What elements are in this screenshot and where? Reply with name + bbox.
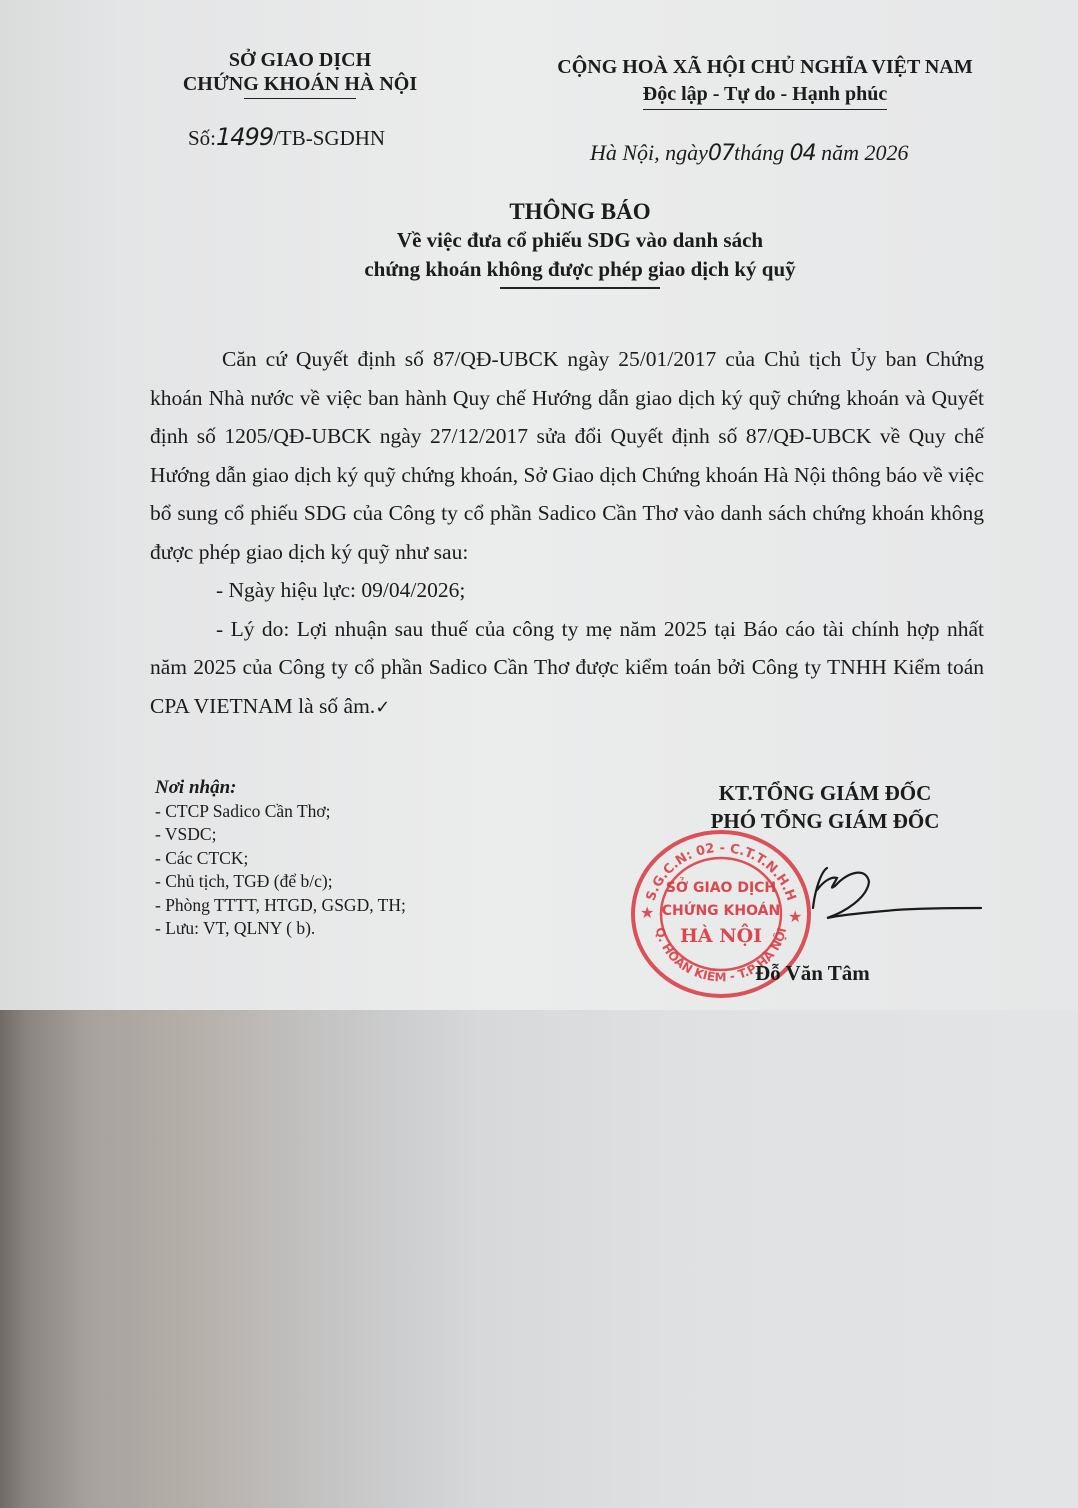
document-title: THÔNG BÁO Về việc đưa cổ phiếu SDG vào d… (300, 198, 860, 289)
place-date: Hà Nội, ngày07tháng 04 năm 2026 (590, 140, 908, 166)
svg-text:HÀ NỘI: HÀ NỘI (680, 923, 762, 947)
recipient-item: - Lưu: VT, QLNY ( b). (155, 917, 406, 941)
svg-text:CHỨNG KHOÁN: CHỨNG KHOÁN (662, 901, 780, 919)
recipient-item: - Chủ tịch, TGĐ (để b/c); (155, 870, 406, 894)
national-header: CỘNG HOÀ XÃ HỘI CHỦ NGHĨA VIỆT NAM Độc l… (535, 54, 995, 110)
doc-number-prefix: Số: (188, 126, 216, 150)
check-mark-icon: ✓ (375, 697, 390, 718)
doc-number-suffix: /TB-SGDHN (273, 126, 385, 150)
national-title: CỘNG HOÀ XÃ HỘI CHỦ NGHĨA VIỆT NAM (535, 54, 995, 81)
svg-text:★: ★ (640, 905, 654, 922)
svg-text:SỞ GIAO DỊCH: SỞ GIAO DỊCH (666, 877, 776, 896)
title-subject-line2: chứng khoán không được phép giao dịch ký… (300, 255, 860, 284)
signature-title-line1: KT.TỔNG GIÁM ĐỐC (690, 779, 960, 807)
title-subject-line1: Về việc đưa cổ phiếu SDG vào danh sách (300, 226, 860, 255)
title-underline (500, 287, 660, 289)
bullet-reason-text: - Lý do: Lợi nhuận sau thuế của công ty … (150, 617, 984, 718)
recipient-item: - Các CTCK; (155, 847, 406, 871)
issuer-line2: CHỨNG KHOÁN HÀ NỘI (150, 72, 450, 96)
doc-number-handwritten: 1499 (216, 123, 273, 151)
handwritten-day: 07 (708, 141, 734, 166)
document-body: Căn cứ Quyết định số 87/QĐ-UBCK ngày 25/… (150, 340, 984, 727)
issuer-line1: SỞ GIAO DỊCH (150, 48, 450, 72)
bullet-effective-date: - Ngày hiệu lực: 09/04/2026; (150, 571, 984, 610)
svg-text:★: ★ (788, 909, 802, 926)
issuer-header: SỞ GIAO DỊCH CHỨNG KHOÁN HÀ NỘI (150, 48, 450, 99)
document-number: Số:1499/TB-SGDHN (188, 123, 385, 151)
month-label: tháng (734, 140, 784, 165)
body-paragraph: Căn cứ Quyết định số 87/QĐ-UBCK ngày 25/… (150, 340, 984, 571)
national-motto: Độc lập - Tự do - Hạnh phúc (643, 81, 887, 110)
bullet-reason: - Lý do: Lợi nhuận sau thuế của công ty … (150, 610, 984, 728)
recipients-label: Nơi nhận: (155, 776, 406, 800)
handwritten-month: 04 (790, 141, 816, 166)
handwritten-signature-icon (805, 860, 985, 930)
place-date-prefix: Hà Nội, ngày (590, 140, 708, 165)
recipient-item: - VSDC; (155, 823, 406, 847)
signer-name: Đỗ Văn Tâm (755, 961, 870, 986)
issuer-underline (244, 98, 356, 99)
year-label: năm 2026 (821, 140, 908, 165)
recipient-item: - Phòng TTTT, HTGD, GSGD, TH; (155, 894, 406, 918)
recipient-item: - CTCP Sadico Cần Thơ; (155, 800, 406, 824)
recipients-list: Nơi nhận: - CTCP Sadico Cần Thơ; - VSDC;… (155, 776, 406, 941)
title-heading: THÔNG BÁO (300, 198, 860, 226)
